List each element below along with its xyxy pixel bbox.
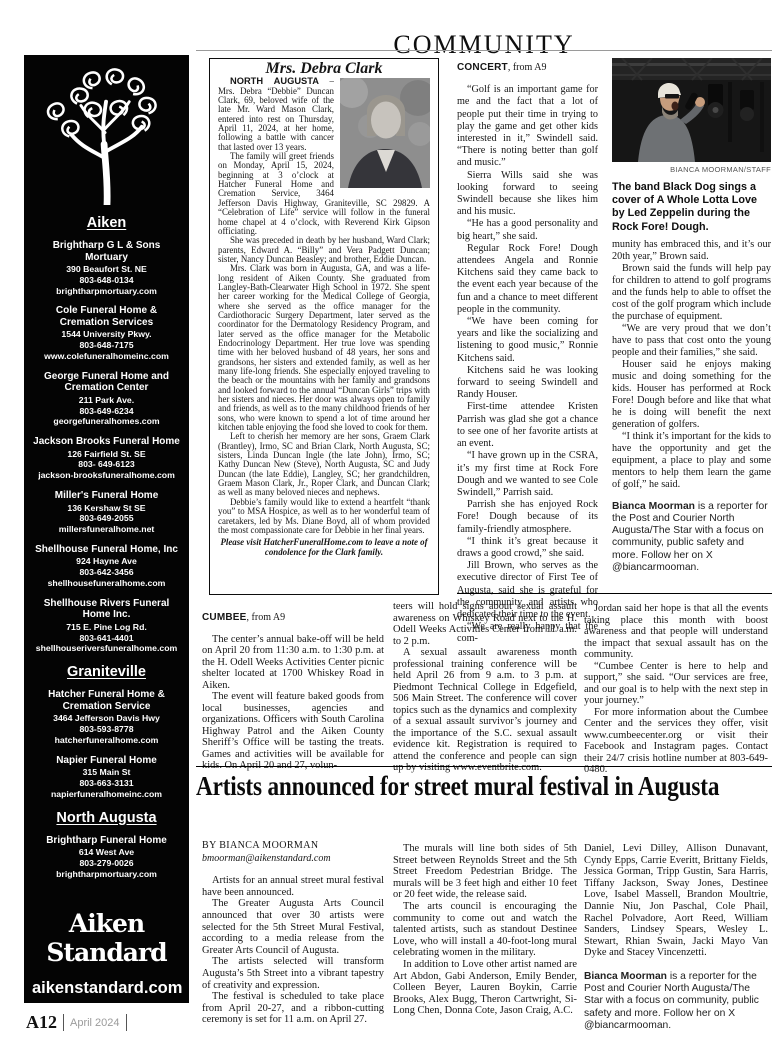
directory-entry: Jackson Brooks Funeral Home 126 Fairfiel…	[32, 436, 181, 481]
funeral-home-detail-line: brightharpmortuary.com	[32, 286, 181, 297]
mural-paragraph: The murals will line both sides of 5th S…	[393, 843, 577, 901]
funeral-home-details: 715 E. Pine Log Rd.803-641-4401shellhous…	[32, 622, 181, 654]
mural-col3-body: Daniel, Levi Dilley, Allison Dunavant, C…	[584, 843, 768, 959]
concert-paragraph: “I have grown up in the CSRA, it’s my fi…	[457, 450, 598, 499]
directory-entry: Brightharp G L & Sons Mortuary 390 Beauf…	[32, 240, 181, 296]
funeral-home-details: 211 Park Ave.803-649-6234georgefuneralho…	[32, 395, 181, 427]
mural-paragraph: Artists for an annual street mural festi…	[202, 875, 384, 898]
funeral-home-detail-line: 3464 Jefferson Davis Hwy	[32, 713, 181, 724]
reporter-name: Bianca Moorman	[584, 971, 667, 982]
folio-divider	[63, 1014, 64, 1031]
cumbee-paragraph: “Cumbee Center is here to help and suppo…	[584, 661, 768, 707]
funeral-home-name: Cole Funeral Home & Cremation Services	[32, 305, 181, 328]
concert-paragraph: Kitchens said he was looking forward to …	[457, 365, 598, 402]
aiken-standard-url: aikenstandard.com	[32, 979, 181, 998]
funeral-home-detail-line: shellhousefuneralhome.com	[32, 578, 181, 589]
obituary-lead-text: – Mrs. Debra “Debbie” Duncan Clark, 69, …	[218, 76, 334, 151]
concert-paragraph: Parrish she has enjoyed Rock Fore! Dough…	[457, 499, 598, 536]
concert-paragraph: munity has embraced this, and it’s our 2…	[612, 239, 771, 263]
funeral-home-detail-line: georgefuneralhomes.com	[32, 416, 181, 427]
mural-paragraph: Daniel, Levi Dilley, Allison Dunavant, C…	[584, 843, 768, 959]
mural-article-column-2: The murals will line both sides of 5th S…	[393, 843, 577, 1017]
headline-rule	[196, 766, 772, 767]
funeral-home-name: Miller's Funeral Home	[32, 490, 181, 502]
directory-group: Aiken Brightharp G L & Sons Mortuary 390…	[32, 215, 181, 654]
directory-entry: Miller's Funeral Home 136 Kershaw St SE8…	[32, 490, 181, 535]
cumbee-paragraph: A sexual assault awareness month profess…	[393, 647, 577, 774]
mural-article-column-3: Daniel, Levi Dilley, Allison Dunavant, C…	[584, 843, 768, 1032]
concert-tag-from: , from A9	[508, 62, 547, 73]
aiken-standard-logo: Aiken Standard	[32, 909, 181, 967]
funeral-home-name: George Funeral Home and Cremation Center	[32, 371, 181, 394]
directory-entries: Hatcher Funeral Home & Cremation Service…	[32, 689, 181, 799]
newspaper-page: COMMUNITY	[0, 0, 774, 1062]
cumbee-article-column-1: CUMBEE, from A9 The center’s annual bake…	[202, 612, 384, 772]
directory-entry: Napier Funeral Home 315 Main St803-663-3…	[32, 755, 181, 800]
funeral-home-detail-line: 803-641-4401	[32, 633, 181, 644]
mural-paragraph: The arts council is encouraging the comm…	[393, 901, 577, 959]
directory-group: North Augusta Brightharp Funeral Home 61…	[32, 810, 181, 880]
funeral-home-name: Shellhouse Funeral Home, Inc	[32, 544, 181, 556]
concert-article-column-1: CONCERT, from A9 “Golf is an important g…	[457, 62, 598, 646]
mural-col1-body: Artists for an annual street mural festi…	[202, 875, 384, 1026]
mural-col2-body: The murals will line both sides of 5th S…	[393, 843, 577, 1017]
concert-paragraph: “We are very proud that we don’t have to…	[612, 323, 771, 359]
byline: BY BIANCA MOORMAN	[202, 840, 384, 852]
photo-credit: BIANCA MOORMAN/STAFF	[612, 164, 771, 176]
funeral-home-detail-line: 803-642-3456	[32, 567, 181, 578]
funeral-home-detail-line: shellhouseriversfuneralhome.com	[32, 643, 181, 654]
mural-paragraph: The festival is scheduled to take place …	[202, 991, 384, 1026]
concert-article-column-2: BIANCA MOORMAN/STAFF The band Black Dog …	[612, 58, 771, 574]
funeral-directory-sidebar: Aiken Brightharp G L & Sons Mortuary 390…	[24, 55, 189, 1003]
directory-entries: Brightharp G L & Sons Mortuary 390 Beauf…	[32, 240, 181, 654]
reporter-bio: Bianca Moorman is a reporter for the Pos…	[612, 501, 771, 574]
funeral-home-name: Shellhouse Rivers Funeral Home Inc.	[32, 598, 181, 621]
photo-caption: The band Black Dog sings a cover of A Wh…	[612, 181, 771, 234]
directory-group: Graniteville Hatcher Funeral Home & Crem…	[32, 664, 181, 799]
funeral-home-name: Napier Funeral Home	[32, 755, 181, 767]
directory-entry: Hatcher Funeral Home & Cremation Service…	[32, 689, 181, 745]
concert-tag-word: CONCERT	[457, 62, 508, 73]
section-rule	[196, 50, 772, 51]
concert-paragraph: “Golf is an important game for me and th…	[457, 84, 598, 169]
concert-paragraph: “I think it’s important for the kids to …	[612, 431, 771, 491]
concert-paragraph: “We have been coming for years and like …	[457, 316, 598, 365]
directory-groups: Aiken Brightharp G L & Sons Mortuary 390…	[32, 215, 181, 879]
directory-city-heading: North Augusta	[32, 810, 181, 826]
concert-photo	[612, 58, 771, 162]
funeral-home-details: 390 Beaufort St. NE803-648-0134brighthar…	[32, 264, 181, 296]
funeral-home-details: 126 Fairfield St. SE803- 649-6123jackson…	[32, 449, 181, 481]
obituary-paragraph: Mrs. Clark was born in Augusta, GA, and …	[218, 264, 430, 432]
funeral-home-detail-line: 390 Beaufort St. NE	[32, 264, 181, 275]
directory-entry: George Funeral Home and Cremation Center…	[32, 371, 181, 427]
cumbee-col3-body: Jordan said her hope is that all the eve…	[584, 603, 768, 776]
reporter-bio: Bianca Moorman is a reporter for the Pos…	[584, 971, 768, 1032]
cumbee-article-column-3: Jordan said her hope is that all the eve…	[584, 603, 768, 776]
funeral-home-details: 614 West Ave803-279-0026brightharpmortua…	[32, 847, 181, 879]
mural-article-column-1: BY BIANCA MOORMAN bmoorman@aikenstandard…	[202, 840, 384, 1026]
funeral-home-detail-line: 211 Park Ave.	[32, 395, 181, 406]
funeral-home-detail-line: www.colefuneralhomeinc.com	[32, 351, 181, 362]
cumbee-paragraph: The center’s annual bake-off will be hel…	[202, 634, 384, 692]
funeral-home-detail-line: 803-648-7175	[32, 340, 181, 351]
folio-divider	[126, 1014, 127, 1031]
funeral-home-detail-line: hatcherfuneralhome.com	[32, 735, 181, 746]
funeral-home-detail-line: 614 West Ave	[32, 847, 181, 858]
funeral-home-detail-line: 715 E. Pine Log Rd.	[32, 622, 181, 633]
cumbee-paragraph: teers will hold signs about sexual assau…	[393, 601, 577, 647]
page-folio: A12 April 2024	[26, 1012, 127, 1033]
funeral-home-detail-line: 315 Main St	[32, 767, 181, 778]
funeral-home-name: Hatcher Funeral Home & Cremation Service	[32, 689, 181, 712]
funeral-home-name: Brightharp Funeral Home	[32, 835, 181, 847]
funeral-home-detail-line: brightharpmortuary.com	[32, 869, 181, 880]
funeral-home-detail-line: 126 Fairfield St. SE	[32, 449, 181, 460]
funeral-home-detail-line: 1544 University Pkwy.	[32, 329, 181, 340]
obituary-box: Mrs. Debra Clark NORTH AUGUSTA – Mrs. De…	[209, 58, 439, 595]
concert-paragraph: Brown said the funds will help pay for c…	[612, 263, 771, 323]
cumbee-tag-word: CUMBEE	[202, 612, 247, 623]
cumbee-col1-body: The center’s annual bake-off will be hel…	[202, 634, 384, 772]
obituary-body: The family will greet friends on Monday,…	[218, 152, 430, 535]
concert-col1-body: “Golf is an important game for me and th…	[457, 84, 598, 645]
directory-entry: Shellhouse Funeral Home, Inc 924 Hayne A…	[32, 544, 181, 589]
page-number: A12	[26, 1012, 57, 1033]
cumbee-jump-tag: CUMBEE, from A9	[202, 612, 384, 624]
funeral-home-details: 3464 Jefferson Davis Hwy803-593-8778hatc…	[32, 713, 181, 745]
cumbee-paragraph: The event will feature baked goods from …	[202, 691, 384, 772]
directory-entries: Brightharp Funeral Home 614 West Ave803-…	[32, 835, 181, 880]
funeral-home-name: Brightharp G L & Sons Mortuary	[32, 240, 181, 263]
funeral-home-details: 315 Main St803-663-3131napierfuneralhome…	[32, 767, 181, 799]
concert-paragraph: First-time attendee Kristen Parrish was …	[457, 401, 598, 450]
obituary-title: Mrs. Debra Clark	[218, 64, 430, 73]
concert-paragraph: Houser said he enjoys making music and d…	[612, 359, 771, 431]
directory-city-heading: Graniteville	[32, 664, 181, 680]
obituary-portrait-photo	[340, 78, 430, 188]
concert-paragraph: “He has a good personality and big heart…	[457, 218, 598, 242]
funeral-home-name: Jackson Brooks Funeral Home	[32, 436, 181, 448]
funeral-home-detail-line: jackson-brooksfuneralhome.com	[32, 470, 181, 481]
cumbee-col2-body: teers will hold signs about sexual assau…	[393, 601, 577, 774]
funeral-home-detail-line: 803-279-0026	[32, 858, 181, 869]
concert-col2-body: munity has embraced this, and it’s our 2…	[612, 239, 771, 491]
mural-article-headline: Artists announced for street mural festi…	[196, 771, 719, 802]
funeral-home-detail-line: 803- 649-6123	[32, 459, 181, 470]
mural-paragraph: The artists selected will transform Augu…	[202, 956, 384, 991]
directory-entry: Cole Funeral Home & Cremation Services 1…	[32, 305, 181, 361]
concert-paragraph: “I think it’s great because it draws a g…	[457, 536, 598, 560]
funeral-home-detail-line: 136 Kershaw St SE	[32, 503, 181, 514]
funeral-home-detail-line: 924 Hayne Ave	[32, 556, 181, 567]
funeral-home-details: 924 Hayne Ave803-642-3456shellhousefuner…	[32, 556, 181, 588]
directory-entry: Brightharp Funeral Home 614 West Ave803-…	[32, 835, 181, 880]
obituary-paragraph: She was preceded in death by her husband…	[218, 236, 430, 264]
funeral-home-detail-line: 803-593-8778	[32, 724, 181, 735]
funeral-home-detail-line: 803-649-2055	[32, 513, 181, 524]
funeral-home-details: 136 Kershaw St SE803-649-2055millersfune…	[32, 503, 181, 535]
cumbee-paragraph: Jordan said her hope is that all the eve…	[584, 603, 768, 661]
concert-jump-tag: CONCERT, from A9	[457, 62, 598, 74]
funeral-home-detail-line: napierfuneralhomeinc.com	[32, 789, 181, 800]
directory-city-heading: Aiken	[32, 215, 181, 231]
funeral-home-detail-line: 803-663-3131	[32, 778, 181, 789]
mural-paragraph: The Greater Augusta Arts Council announc…	[202, 898, 384, 956]
section-title: COMMUNITY	[196, 30, 772, 60]
reporter-name: Bianca Moorman	[612, 501, 695, 512]
cumbee-tag-from: , from A9	[247, 612, 286, 623]
obituary-paragraph: Left to cherish her memory are her sons,…	[218, 432, 430, 497]
funeral-home-detail-line: 803-648-0134	[32, 275, 181, 286]
obituary-condolence-note: Please visit HatcherFuneralHome.com to l…	[218, 538, 430, 557]
funeral-home-detail-line: 803-649-6234	[32, 406, 181, 417]
concert-paragraph: Sierra Wills said she was looking forwar…	[457, 170, 598, 219]
obituary-paragraph: Debbie’s family would like to extend a h…	[218, 498, 430, 535]
folio-date: April 2024	[70, 1017, 120, 1029]
byline-email: bmoorman@aikenstandard.com	[202, 853, 384, 865]
section-divider-rule	[457, 593, 772, 594]
funeral-home-details: 1544 University Pkwy.803-648-7175www.col…	[32, 329, 181, 361]
directory-entry: Shellhouse Rivers Funeral Home Inc. 715 …	[32, 598, 181, 654]
tree-icon	[43, 65, 171, 205]
mural-paragraph: In addition to Love other artist named a…	[393, 959, 577, 1017]
concert-paragraph: Regular Rock Fore! Dough attendees Angel…	[457, 243, 598, 316]
funeral-home-detail-line: millersfuneralhome.net	[32, 524, 181, 535]
cumbee-article-column-2: teers will hold signs about sexual assau…	[393, 601, 577, 774]
